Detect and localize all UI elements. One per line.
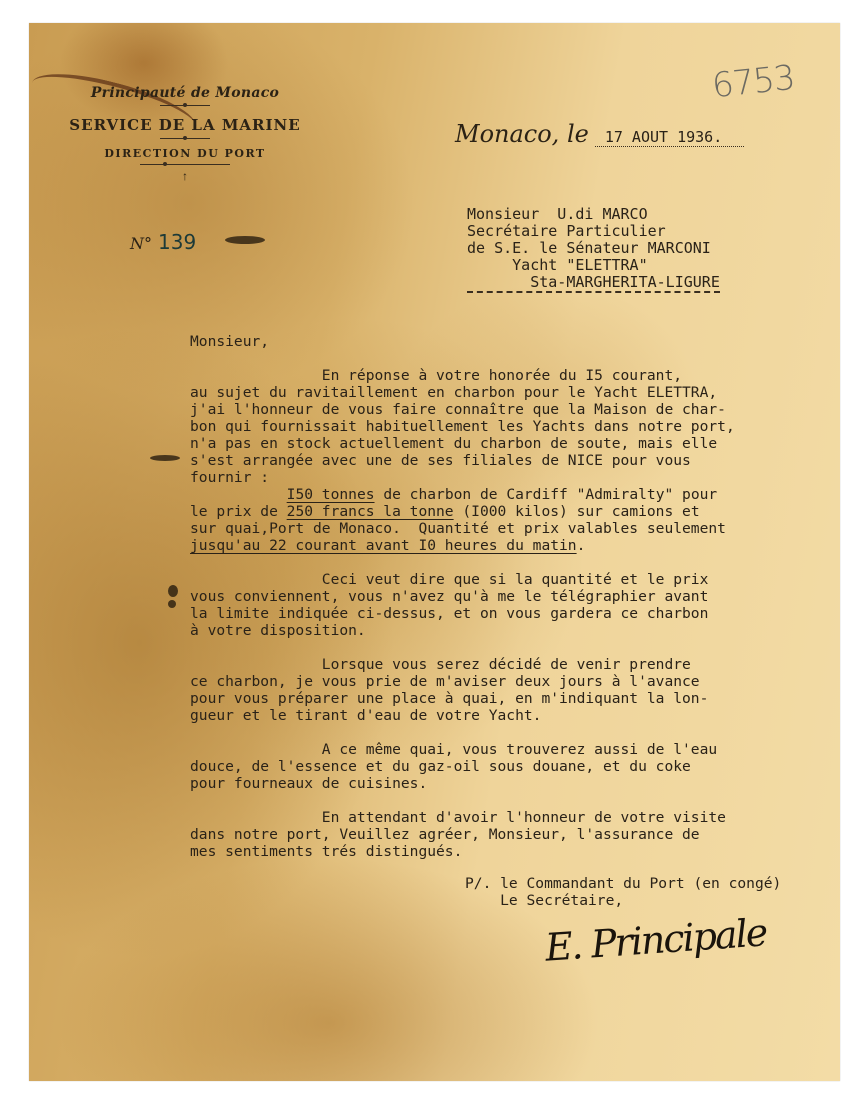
letterhead: Principauté de Monaco SERVICE DE LA MARI… xyxy=(60,85,310,184)
sign-off-title: P/. le Commandant du Port (en congé) xyxy=(465,875,781,892)
letterhead-service: SERVICE DE LA MARINE xyxy=(60,116,310,134)
ink-blot xyxy=(168,585,178,597)
ornament-divider xyxy=(140,164,230,165)
address-line: de S.E. le Sénateur MARCONI xyxy=(467,240,720,257)
letter-body: Monsieur, En réponse à votre honorée du … xyxy=(190,333,830,860)
body-line: au sujet du ravitaillement en charbon po… xyxy=(190,384,830,401)
paragraph-supplies: A ce même quai, vous trouverez aussi de … xyxy=(190,741,830,792)
body-line: sur quai,Port de Monaco. Quantité et pri… xyxy=(190,520,830,537)
sign-off: P/. le Commandant du Port (en congé) Le … xyxy=(465,875,781,909)
salutation: Monsieur, xyxy=(190,333,830,350)
recipient-address: Monsieur U.di MARCO Secrétaire Particuli… xyxy=(467,206,720,293)
body-line: bon qui fournissait habituellement les Y… xyxy=(190,418,830,435)
body-line: ce charbon, je vous prie de m'aviser deu… xyxy=(190,673,830,690)
body-line: vous conviennent, vous n'avez qu'à me le… xyxy=(190,588,830,605)
body-line: j'ai l'honneur de vous faire connaître q… xyxy=(190,401,830,418)
dateline-date: 17 AOUT 1936. xyxy=(595,128,744,147)
letterhead-direction: DIRECTION DU PORT xyxy=(60,147,310,160)
paragraph-offer: I50 tonnes de charbon de Cardiff "Admira… xyxy=(190,486,830,554)
body-line: douce, de l'essence et du gaz-oil sous d… xyxy=(190,758,830,775)
reference-number: N°139 xyxy=(130,230,196,254)
offer-price: 250 francs la tonne xyxy=(287,503,454,520)
body-line: le prix de 250 francs la tonne (I000 kil… xyxy=(190,503,830,520)
body-line: mes sentiments trés distingués. xyxy=(190,843,830,860)
body-line: n'a pas en stock actuellement du charbon… xyxy=(190,435,830,452)
offer-quantity: I50 tonnes xyxy=(287,486,375,503)
arrow-icon: ↑ xyxy=(60,169,310,184)
reference-value: 139 xyxy=(158,230,196,254)
address-line: Sta-MARGHERITA-LIGURE xyxy=(467,274,720,293)
dateline: Monaco, le17 AOUT 1936. xyxy=(455,120,744,148)
ink-blot xyxy=(225,236,265,244)
sign-off-role: Le Secrétaire, xyxy=(465,892,781,909)
address-line: Monsieur U.di MARCO xyxy=(467,206,720,223)
body-line: à votre disposition. xyxy=(190,622,830,639)
paragraph-confirmation: Ceci veut dire que si la quantité et le … xyxy=(190,571,830,639)
ornament-divider xyxy=(160,105,210,106)
body-line: Ceci veut dire que si la quantité et le … xyxy=(190,571,830,588)
body-line: la limite indiquée ci-dessus, et on vous… xyxy=(190,605,830,622)
body-line: jusqu'au 22 courant avant I0 heures du m… xyxy=(190,537,830,554)
body-line: En réponse à votre honorée du I5 courant… xyxy=(190,367,830,384)
body-line: A ce même quai, vous trouverez aussi de … xyxy=(190,741,830,758)
paragraph-notice: Lorsque vous serez décidé de venir prend… xyxy=(190,656,830,724)
letterhead-principality: Principauté de Monaco xyxy=(60,85,310,101)
body-line: Lorsque vous serez décidé de venir prend… xyxy=(190,656,830,673)
address-line: Secrétaire Particulier xyxy=(467,223,720,240)
body-line: I50 tonnes de charbon de Cardiff "Admira… xyxy=(190,486,830,503)
ornament-divider xyxy=(160,138,210,139)
body-line: fournir : xyxy=(190,469,830,486)
body-line: En attendant d'avoir l'honneur de votre … xyxy=(190,809,830,826)
ink-blot xyxy=(150,455,180,461)
body-line: dans notre port, Veuillez agréer, Monsie… xyxy=(190,826,830,843)
paragraph-reply: En réponse à votre honorée du I5 courant… xyxy=(190,367,830,486)
body-line: s'est arrangée avec une de ses filiales … xyxy=(190,452,830,469)
dateline-place: Monaco, le xyxy=(455,120,589,148)
body-line: gueur et le tirant d'eau de votre Yacht. xyxy=(190,707,830,724)
offer-deadline: jusqu'au 22 courant avant I0 heures du m… xyxy=(190,537,577,554)
address-line: Yacht "ELETTRA" xyxy=(467,257,720,274)
body-line: pour fourneaux de cuisines. xyxy=(190,775,830,792)
paragraph-closing: En attendant d'avoir l'honneur de votre … xyxy=(190,809,830,860)
reference-label: N° xyxy=(130,234,152,253)
body-line: pour vous préparer une place à quai, en … xyxy=(190,690,830,707)
ink-blot xyxy=(168,600,176,608)
